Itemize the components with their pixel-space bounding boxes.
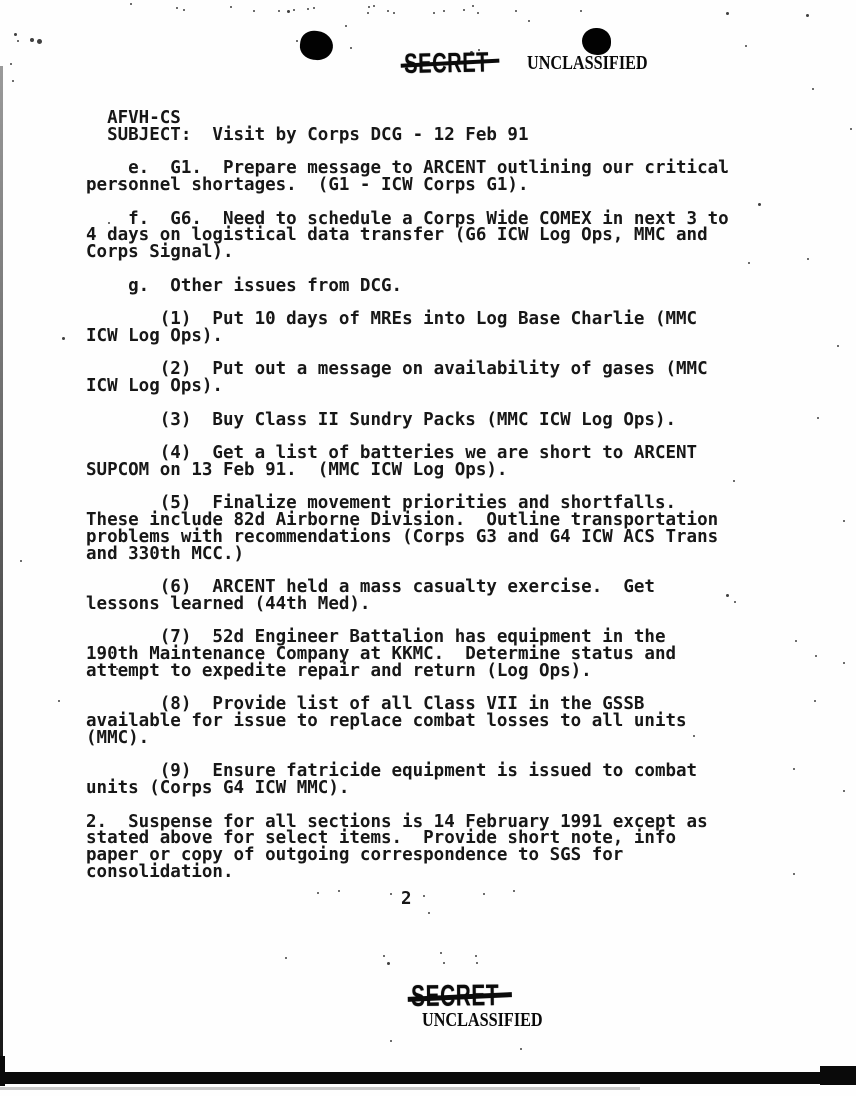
scan-speck — [387, 962, 390, 965]
scan-speck — [296, 40, 298, 42]
scan-speck — [293, 9, 295, 11]
scan-speck — [278, 10, 280, 12]
scan-speck — [12, 80, 14, 82]
scan-speck — [433, 12, 435, 14]
scan-speck — [20, 560, 22, 562]
scan-speck — [230, 6, 232, 8]
memo-page: SECRET UNCLASSIFIED AFVH-CS SUBJECT: Vis… — [0, 0, 856, 1096]
scan-speck — [850, 128, 852, 130]
scan-speck — [520, 1048, 522, 1050]
scan-speck — [390, 1040, 392, 1042]
scan-speck — [478, 49, 480, 51]
scan-speck — [470, 51, 473, 54]
scan-speck — [817, 417, 819, 419]
scan-speck — [443, 10, 445, 12]
scan-speck — [317, 892, 319, 894]
scan-speck — [806, 14, 809, 17]
scan-speck — [726, 170, 728, 172]
scan-speck — [37, 39, 42, 44]
scan-edge-corner-right — [820, 1066, 856, 1085]
scan-speck — [726, 594, 729, 597]
scan-speck — [287, 10, 290, 13]
scan-speck — [843, 520, 845, 522]
hole-punch-right-icon — [582, 28, 611, 55]
memo-body-text: AFVH-CS SUBJECT: Visit by Corps DCG - 12… — [86, 110, 729, 881]
scan-edge-corner-left — [0, 1056, 5, 1086]
scan-speck — [580, 10, 582, 12]
scan-speck — [428, 912, 430, 914]
scan-speck — [733, 480, 735, 482]
unclassified-stamp-top: UNCLASSIFIED — [527, 53, 648, 73]
scan-edge-left — [0, 66, 3, 1085]
scan-speck — [383, 955, 385, 957]
scan-speck — [815, 655, 817, 657]
scan-speck — [313, 7, 315, 9]
scan-speck — [116, 668, 118, 670]
scan-speck — [475, 955, 477, 957]
scan-speck — [10, 63, 12, 65]
scan-speck — [528, 20, 530, 22]
scan-speck — [758, 203, 761, 206]
scan-speck — [726, 12, 729, 15]
scan-speck — [843, 790, 845, 792]
scan-speck — [443, 962, 445, 964]
scan-speck — [814, 700, 816, 702]
scan-speck — [393, 12, 395, 14]
scan-edge-gray-line — [0, 1087, 640, 1090]
scan-speck — [58, 700, 60, 702]
scan-speck — [62, 337, 65, 340]
scan-speck — [745, 45, 747, 47]
secret-stamp-top: SECRET — [404, 49, 489, 78]
scan-speck — [793, 768, 795, 770]
scan-speck — [108, 222, 110, 224]
scan-speck — [14, 33, 17, 36]
scan-speck — [793, 873, 795, 875]
scan-speck — [367, 12, 369, 14]
scan-speck — [513, 890, 515, 892]
hole-punch-left-icon — [298, 29, 334, 62]
scan-speck — [440, 952, 442, 954]
scan-speck — [307, 8, 309, 10]
scan-speck — [390, 893, 392, 895]
page-number: 2 — [401, 891, 412, 908]
scan-speck — [176, 7, 178, 9]
scan-speck — [812, 88, 814, 90]
scan-speck — [130, 3, 132, 5]
scan-speck — [373, 5, 375, 7]
scan-speck — [338, 890, 340, 892]
scan-speck — [118, 183, 120, 185]
scan-speck — [483, 893, 485, 895]
scan-speck — [843, 662, 845, 664]
secret-stamp-bottom: SECRET — [411, 981, 499, 1012]
scan-speck — [387, 10, 389, 12]
scan-speck — [748, 262, 750, 264]
scan-speck — [183, 9, 185, 11]
scan-speck — [368, 6, 370, 8]
scan-speck — [515, 10, 517, 12]
scan-speck — [477, 12, 479, 14]
scan-speck — [476, 962, 478, 964]
scan-edge-bottom — [0, 1072, 856, 1084]
scan-speck — [350, 47, 352, 49]
scan-speck — [253, 10, 255, 12]
scan-speck — [17, 40, 19, 42]
scan-speck — [837, 345, 839, 347]
scan-speck — [30, 38, 34, 42]
scan-speck — [285, 957, 287, 959]
scan-speck — [423, 895, 425, 897]
scan-speck — [795, 640, 797, 642]
scan-speck — [472, 5, 474, 7]
scan-speck — [345, 25, 347, 27]
scan-speck — [807, 258, 809, 260]
unclassified-stamp-bottom: UNCLASSIFIED — [422, 1010, 543, 1030]
scan-speck — [693, 735, 695, 737]
scan-speck — [734, 601, 736, 603]
scan-speck — [463, 9, 465, 11]
